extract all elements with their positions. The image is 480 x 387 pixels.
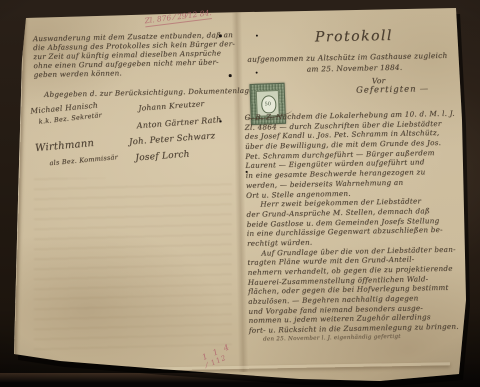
- signature: Anton Gärtner Rath: [136, 115, 221, 130]
- signature: Joh. Peter Schwarz: [129, 131, 216, 147]
- ink-speck: [219, 34, 222, 37]
- ink-speck: [256, 35, 258, 37]
- protokoll-date-line: am 25. November 1884.: [244, 61, 466, 74]
- protokoll-body: G. B. Z. Nachdem die Lokalerhebung am 10…: [244, 108, 471, 345]
- gefertigten-line: Gefertigten: [356, 84, 429, 95]
- protokoll-title: Protokoll: [243, 26, 465, 46]
- closing-remark-line: Abgegeben d. zur Berücksichtigung. Dokum…: [36, 86, 256, 99]
- document-content: Zl. 876 ⁄ 29⁄12 84. Auswanderung mit dem…: [0, 0, 480, 387]
- ink-speck: [256, 72, 258, 74]
- signature: Johann Kreutzer: [138, 99, 205, 113]
- ink-speck: [229, 74, 232, 77]
- signature: Wirthmann: [35, 138, 95, 154]
- left-page-paragraph: Auswanderung mit dem Zusatze entbunden, …: [33, 30, 232, 79]
- signature: als Bez. Kommissär: [49, 153, 118, 167]
- vor-line: Vor: [372, 76, 386, 85]
- ink-speck: [220, 120, 222, 122]
- registry-number-red-pencil: Zl. 876 ⁄ 29⁄12 84.: [144, 8, 212, 27]
- signature: Josef Lorch: [135, 150, 190, 164]
